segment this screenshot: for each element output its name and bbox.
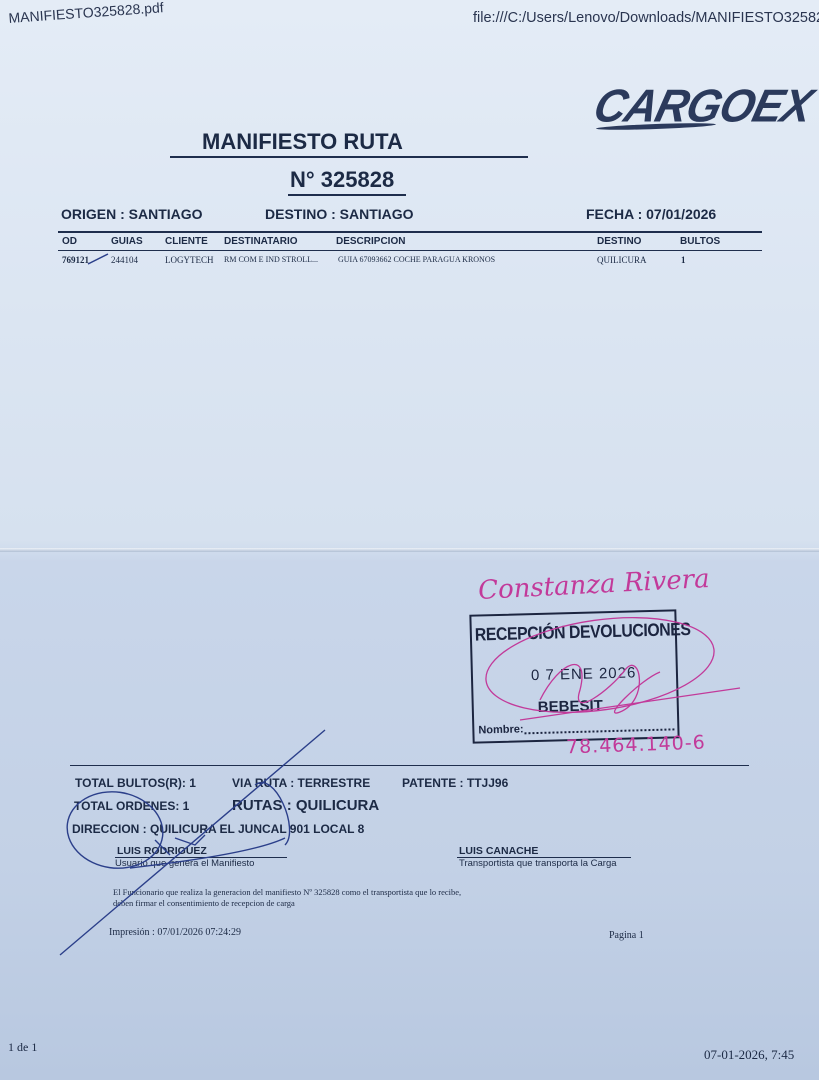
- col-header-cliente: CLIENTE: [165, 236, 208, 247]
- col-header-destinatario: DESTINATARIO: [224, 236, 298, 247]
- document-title: MANIFIESTO RUTA: [202, 129, 403, 155]
- table-header-rule: [58, 250, 762, 251]
- consent-note-line1: El Funcionario que realiza la generacion…: [113, 887, 461, 897]
- cell-destino: QUILICURA: [597, 255, 647, 265]
- cell-bultos: 1: [681, 255, 686, 265]
- origin-field: ORIGEN : SANTIAGO: [61, 206, 203, 222]
- col-header-descripcion: DESCRIPCION: [336, 236, 405, 247]
- col-header-od: OD: [62, 236, 77, 247]
- ink-strokes: [0, 0, 819, 1080]
- total-bultos: TOTAL BULTOS(R): 1: [75, 776, 196, 790]
- col-header-guias: GUIAS: [111, 236, 143, 247]
- handwritten-rut: 78.464.140-6: [566, 732, 706, 759]
- via-ruta: VIA RUTA : TERRESTRE: [232, 776, 370, 790]
- date-field: FECHA : 07/01/2026: [586, 206, 716, 222]
- cell-destinatario: RM COM E IND STROLL...: [224, 255, 318, 264]
- checkmark-icon: [88, 254, 108, 264]
- paper-fold: [0, 548, 819, 552]
- blue-signature-icon: [60, 730, 325, 955]
- destination-field: DESTINO : SANTIAGO: [265, 206, 414, 222]
- direccion: DIRECCION : QUILICURA EL JUNCAL 901 LOCA…: [72, 822, 364, 836]
- signature-role-user: Usuario que genera el Manifiesto: [115, 858, 254, 869]
- print-datetime: Impresión : 07/01/2026 07:24:29: [109, 927, 241, 938]
- print-header-filename: MANIFIESTO325828.pdf: [8, 0, 164, 26]
- patente: PATENTE : TTJJ96: [402, 776, 508, 790]
- rutas: RUTAS : QUILICURA: [232, 797, 379, 814]
- number-underline: [288, 194, 406, 196]
- reception-stamp: RECEPCIÓN DEVOLUCIONES 0 7 ENE 2026 BEBE…: [469, 609, 679, 743]
- stamp-name-label: Nombre:: [478, 723, 524, 736]
- title-underline: [170, 156, 528, 158]
- cell-od: 769121: [62, 255, 89, 265]
- cell-guias: 244104: [111, 255, 138, 265]
- print-footer-page-count: 1 de 1: [8, 1040, 37, 1055]
- table-top-rule: [58, 231, 762, 233]
- handwritten-receiver-name: Constanza Rivera: [477, 564, 710, 606]
- print-header-url: file:///C:/Users/Lenovo/Downloads/MANIFI…: [473, 10, 819, 26]
- stamp-date: 0 7 ENE 2026: [531, 664, 637, 684]
- consent-note-line2: deben firmar el consentimiento de recepc…: [113, 898, 295, 908]
- col-header-bultos: BULTOS: [680, 236, 720, 247]
- signature-name-user: LUIS RODRIGUEZ: [117, 845, 207, 857]
- col-header-destino: DESTINO: [597, 236, 641, 247]
- page-label: Pagina 1: [609, 930, 644, 941]
- stamp-title: RECEPCIÓN DEVOLUCIONES: [475, 619, 691, 646]
- manifest-number: N° 325828: [290, 167, 394, 193]
- stamp-company: BEBESIT: [538, 697, 603, 716]
- print-footer-timestamp: 07-01-2026, 7:45: [704, 1047, 794, 1063]
- summary-rule: [70, 765, 749, 766]
- cell-descripcion: GUIA 67093662 COCHE PARAGUA KRONOS: [338, 255, 495, 264]
- cell-cliente: LOGYTECH: [165, 255, 214, 265]
- signature-role-carrier: Transportista que transporta la Carga: [459, 858, 617, 869]
- total-ordenes: TOTAL ORDENES: 1: [74, 799, 189, 813]
- signature-name-carrier: LUIS CANACHE: [459, 845, 538, 857]
